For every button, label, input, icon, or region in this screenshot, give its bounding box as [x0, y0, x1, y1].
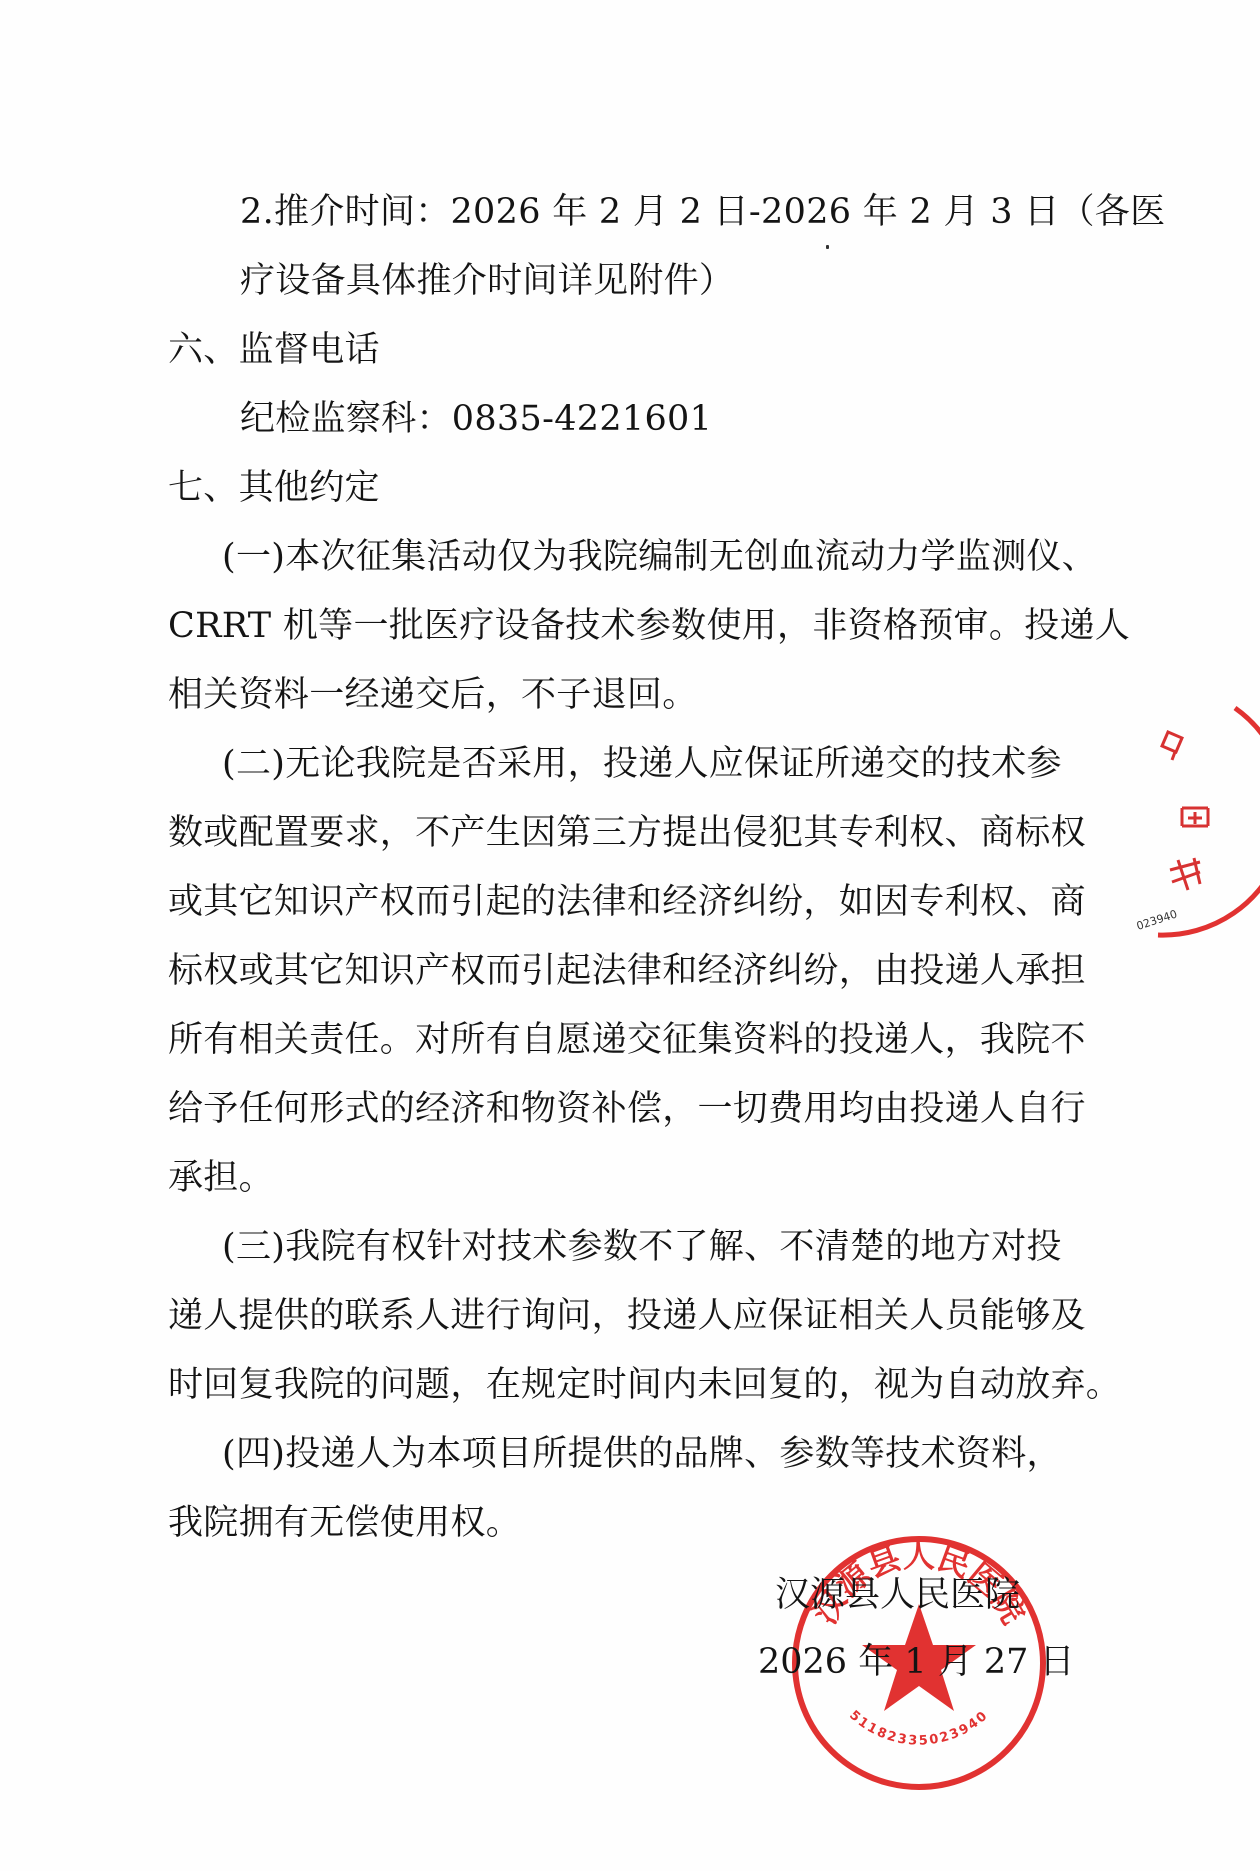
clause-2-line-4: 标权或其它知识产权而引起法律和经济纠纷，由投递人承担: [168, 948, 1052, 994]
clause-3-line-1: (三)我院有权针对技术参数不了解、不清楚的地方对投: [222, 1224, 1052, 1270]
clause-2-line-3: 或其它知识产权而引起的法律和经济纠纷，如因专利权、商: [168, 879, 1052, 925]
section-heading-other-terms: 七、其他约定: [168, 465, 1052, 511]
promotion-time-line-2: 疗设备具体推介时间详见附件）: [240, 258, 1052, 304]
svg-text:51182335023940: 51182335023940: [846, 1708, 991, 1749]
clause-2-line-5: 所有相关责任。对所有自愿递交征集资料的投递人，我院不: [168, 1017, 1052, 1063]
clause-3-line-3: 时回复我院的问题，在规定时间内未回复的，视为自动放弃。: [168, 1362, 1052, 1408]
clause-2-line-7: 承担。: [168, 1155, 1052, 1201]
seal-serial: 51182335023940: [846, 1708, 991, 1749]
edge-seal-icon: 023940: [1110, 690, 1260, 940]
scan-speck: [826, 245, 829, 249]
clause-3-line-2: 递人提供的联系人进行询问，投递人应保证相关人员能够及: [168, 1293, 1052, 1339]
clause-1-line-3: 相关资料一经递交后，不子退回。: [168, 672, 1052, 718]
clause-4-line-1: (四)投递人为本项目所提供的品牌、参数等技术资料，: [222, 1431, 1052, 1477]
signature-organization: 汉源县人民医院: [775, 1572, 1019, 1618]
clause-2-line-6: 给予任何形式的经济和物资补偿，一切费用均由投递人自行: [168, 1086, 1052, 1132]
section-heading-supervision: 六、监督电话: [168, 327, 1052, 373]
edge-seal-serial: 023940: [1135, 908, 1179, 933]
signature-date: 2026 年 1 月 27 日: [758, 1639, 1028, 1685]
clause-1-line-2: CRRT 机等一批医疗设备技术参数使用，非资格预审。投递人: [168, 603, 1052, 649]
promotion-time-line-1: 2.推介时间：2026 年 2 月 2 日-2026 年 2 月 3 日（各医: [240, 189, 1052, 235]
supervision-phone-line: 纪检监察科：0835-4221601: [240, 396, 1052, 442]
clause-1-line-1: (一)本次征集活动仅为我院编制无创血流动力学监测仪、: [222, 534, 1052, 580]
document-page: 2.推介时间：2026 年 2 月 2 日-2026 年 2 月 3 日（各医 …: [0, 0, 1260, 1871]
clause-2-line-1: (二)无论我院是否采用，投递人应保证所递交的技术参: [222, 741, 1052, 787]
clause-2-line-2: 数或配置要求，不产生因第三方提出侵犯其专利权、商标权: [168, 810, 1052, 856]
